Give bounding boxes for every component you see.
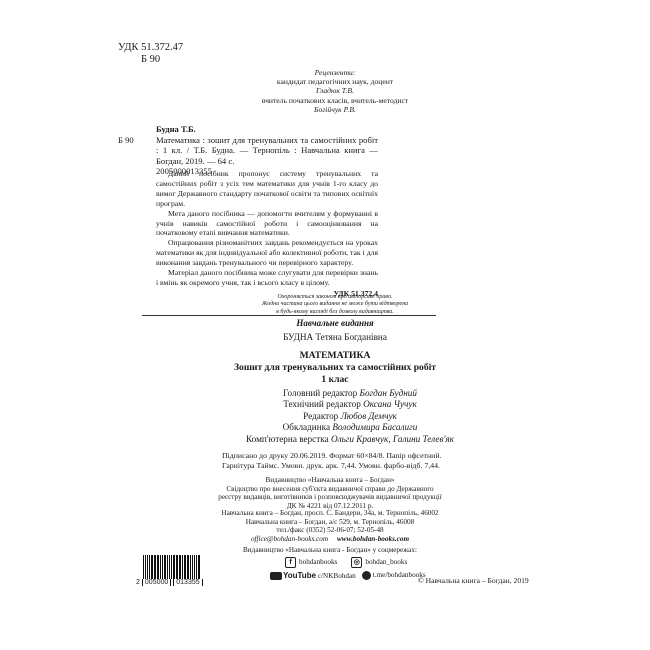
staff-credits: Головний редактор Богдан Будний Технічни… [200,388,500,445]
barcode-digit-group: 2 [136,579,140,586]
instagram-icon: ◎ [351,557,362,568]
barcode-digit-group: 005000 [142,579,171,586]
instagram-link[interactable]: ◎bohdan_books [351,557,407,568]
annotation-paragraph: Опрацювання різноманітних завдань рекоме… [156,238,378,268]
biblio-description: Математика : зошит для тренувальних та с… [156,135,378,167]
udk-code: УДК 51.372.47 [118,42,183,54]
copyright: © Навчальна книга – Богдан, 2019 [418,576,529,585]
reviewer-name: Богійчук Р.В. [200,105,470,114]
email-link[interactable]: office@bohdan-books.com [251,535,328,543]
instagram-handle: bohdan_books [365,558,407,566]
staff-line: Комп'ютерна верстка Ольги Кравчук, Галин… [200,434,500,445]
book-subtitle: Зошит для тренувальних та самостійних ро… [200,362,470,374]
address-line: тел./факс (0352) 52-06-07; 52-05-48 [170,526,490,535]
social-row: YouTube c/NKBohdan t.me/bohdanbooks [270,571,426,580]
reviewer-name: Гладюк Т.В. [200,86,470,95]
publisher-info: Видавництво «Навчальна книга – Богдан» С… [170,476,490,510]
social-row: fbohdanbooks ◎bohdan_books [285,557,407,568]
youtube-brand: YouTube [283,571,316,580]
staff-line: Технічний редактор Оксана Чучук [200,399,500,410]
website-link[interactable]: www.bohdan-books.com [337,535,409,543]
facebook-link[interactable]: fbohdanbooks [285,557,337,568]
reviewers-block: Рецензенти: кандидат педагогічних наук, … [200,68,470,114]
reviewers-label: Рецензенти: [200,68,470,77]
print-info-line: Підписано до друку 20.06.2019. Формат 60… [222,451,482,461]
reviewer-position: вчитель початкових класів, вчитель-метод… [200,96,470,105]
biblio-code: Б 90 [118,135,156,167]
certificate-line: Свідоцтво про внесення суб'єкта видавнич… [170,485,490,494]
print-info-line: Гарнітура Таймс. Умовн. друк. арк. 7,44.… [222,461,482,471]
annotation: Даний посібник пропонує систему тренувал… [156,169,378,299]
staff-line: Обкладинка Володимира Басалиги [200,422,500,433]
facebook-handle: bohdanbooks [299,558,337,566]
staff-line: Головний редактор Богдан Будний [200,388,500,399]
telegram-icon [362,571,371,580]
biblio-author: Будна Т.Б. [118,124,378,135]
annotation-paragraph: Мета даного посібника — допомогти вчител… [156,209,378,239]
print-info: Підписано до друку 20.06.2019. Формат 60… [222,451,482,470]
publisher-name: Видавництво «Навчальна книга – Богдан» [170,476,490,485]
annotation-paragraph: Матеріал даного посібника може слугувати… [156,268,378,288]
barcode-digit-group: 013355 [173,579,202,586]
social-heading: Видавництво «Навчальна книга - Богдан» у… [170,546,490,554]
annotation-paragraph: Даний посібник пропонує систему тренувал… [156,169,378,209]
certificate-line: реєстру видавців, виготівників і розповс… [170,493,490,502]
contacts-line: office@bohdan-books.com www.bohdan-books… [170,535,490,544]
copyright-notice-line: Жодна частина цього видання не може бути… [200,301,470,308]
youtube-link[interactable]: YouTube c/NKBohdan [270,571,356,580]
address-line: Навчальна книга – Богдан, а/с 529, м. Те… [170,518,490,527]
telegram-link[interactable]: t.me/bohdanbooks [362,571,426,580]
publisher-addresses: Навчальна книга – Богдан, просп. С. Банд… [170,509,490,544]
divider [142,315,436,316]
edition-type: Навчальне видання [200,318,470,328]
book-title: МАТЕМАТИКА [200,350,470,362]
author-full-name: БУДНА Тетяна Богданівна [200,332,470,342]
youtube-icon [270,572,282,580]
book-title-block: МАТЕМАТИКА Зошит для тренувальних та сам… [200,350,470,386]
barcode-number: 2 005000 013355 [136,579,203,586]
youtube-handle: c/NKBohdan [318,572,356,580]
copyright-notice: Охороняється законом про авторське право… [200,294,470,316]
facebook-icon: f [285,557,296,568]
barcode [143,555,201,579]
address-line: Навчальна книга – Богдан, просп. С. Банд… [170,509,490,518]
book-grade: 1 клас [200,374,470,386]
reviewer-position: кандидат педагогічних наук, доцент [200,77,470,86]
staff-line: Редактор Любов Демчук [200,411,500,422]
author-code: Б 90 [118,54,183,66]
udk-header: УДК 51.372.47 Б 90 [118,42,183,66]
